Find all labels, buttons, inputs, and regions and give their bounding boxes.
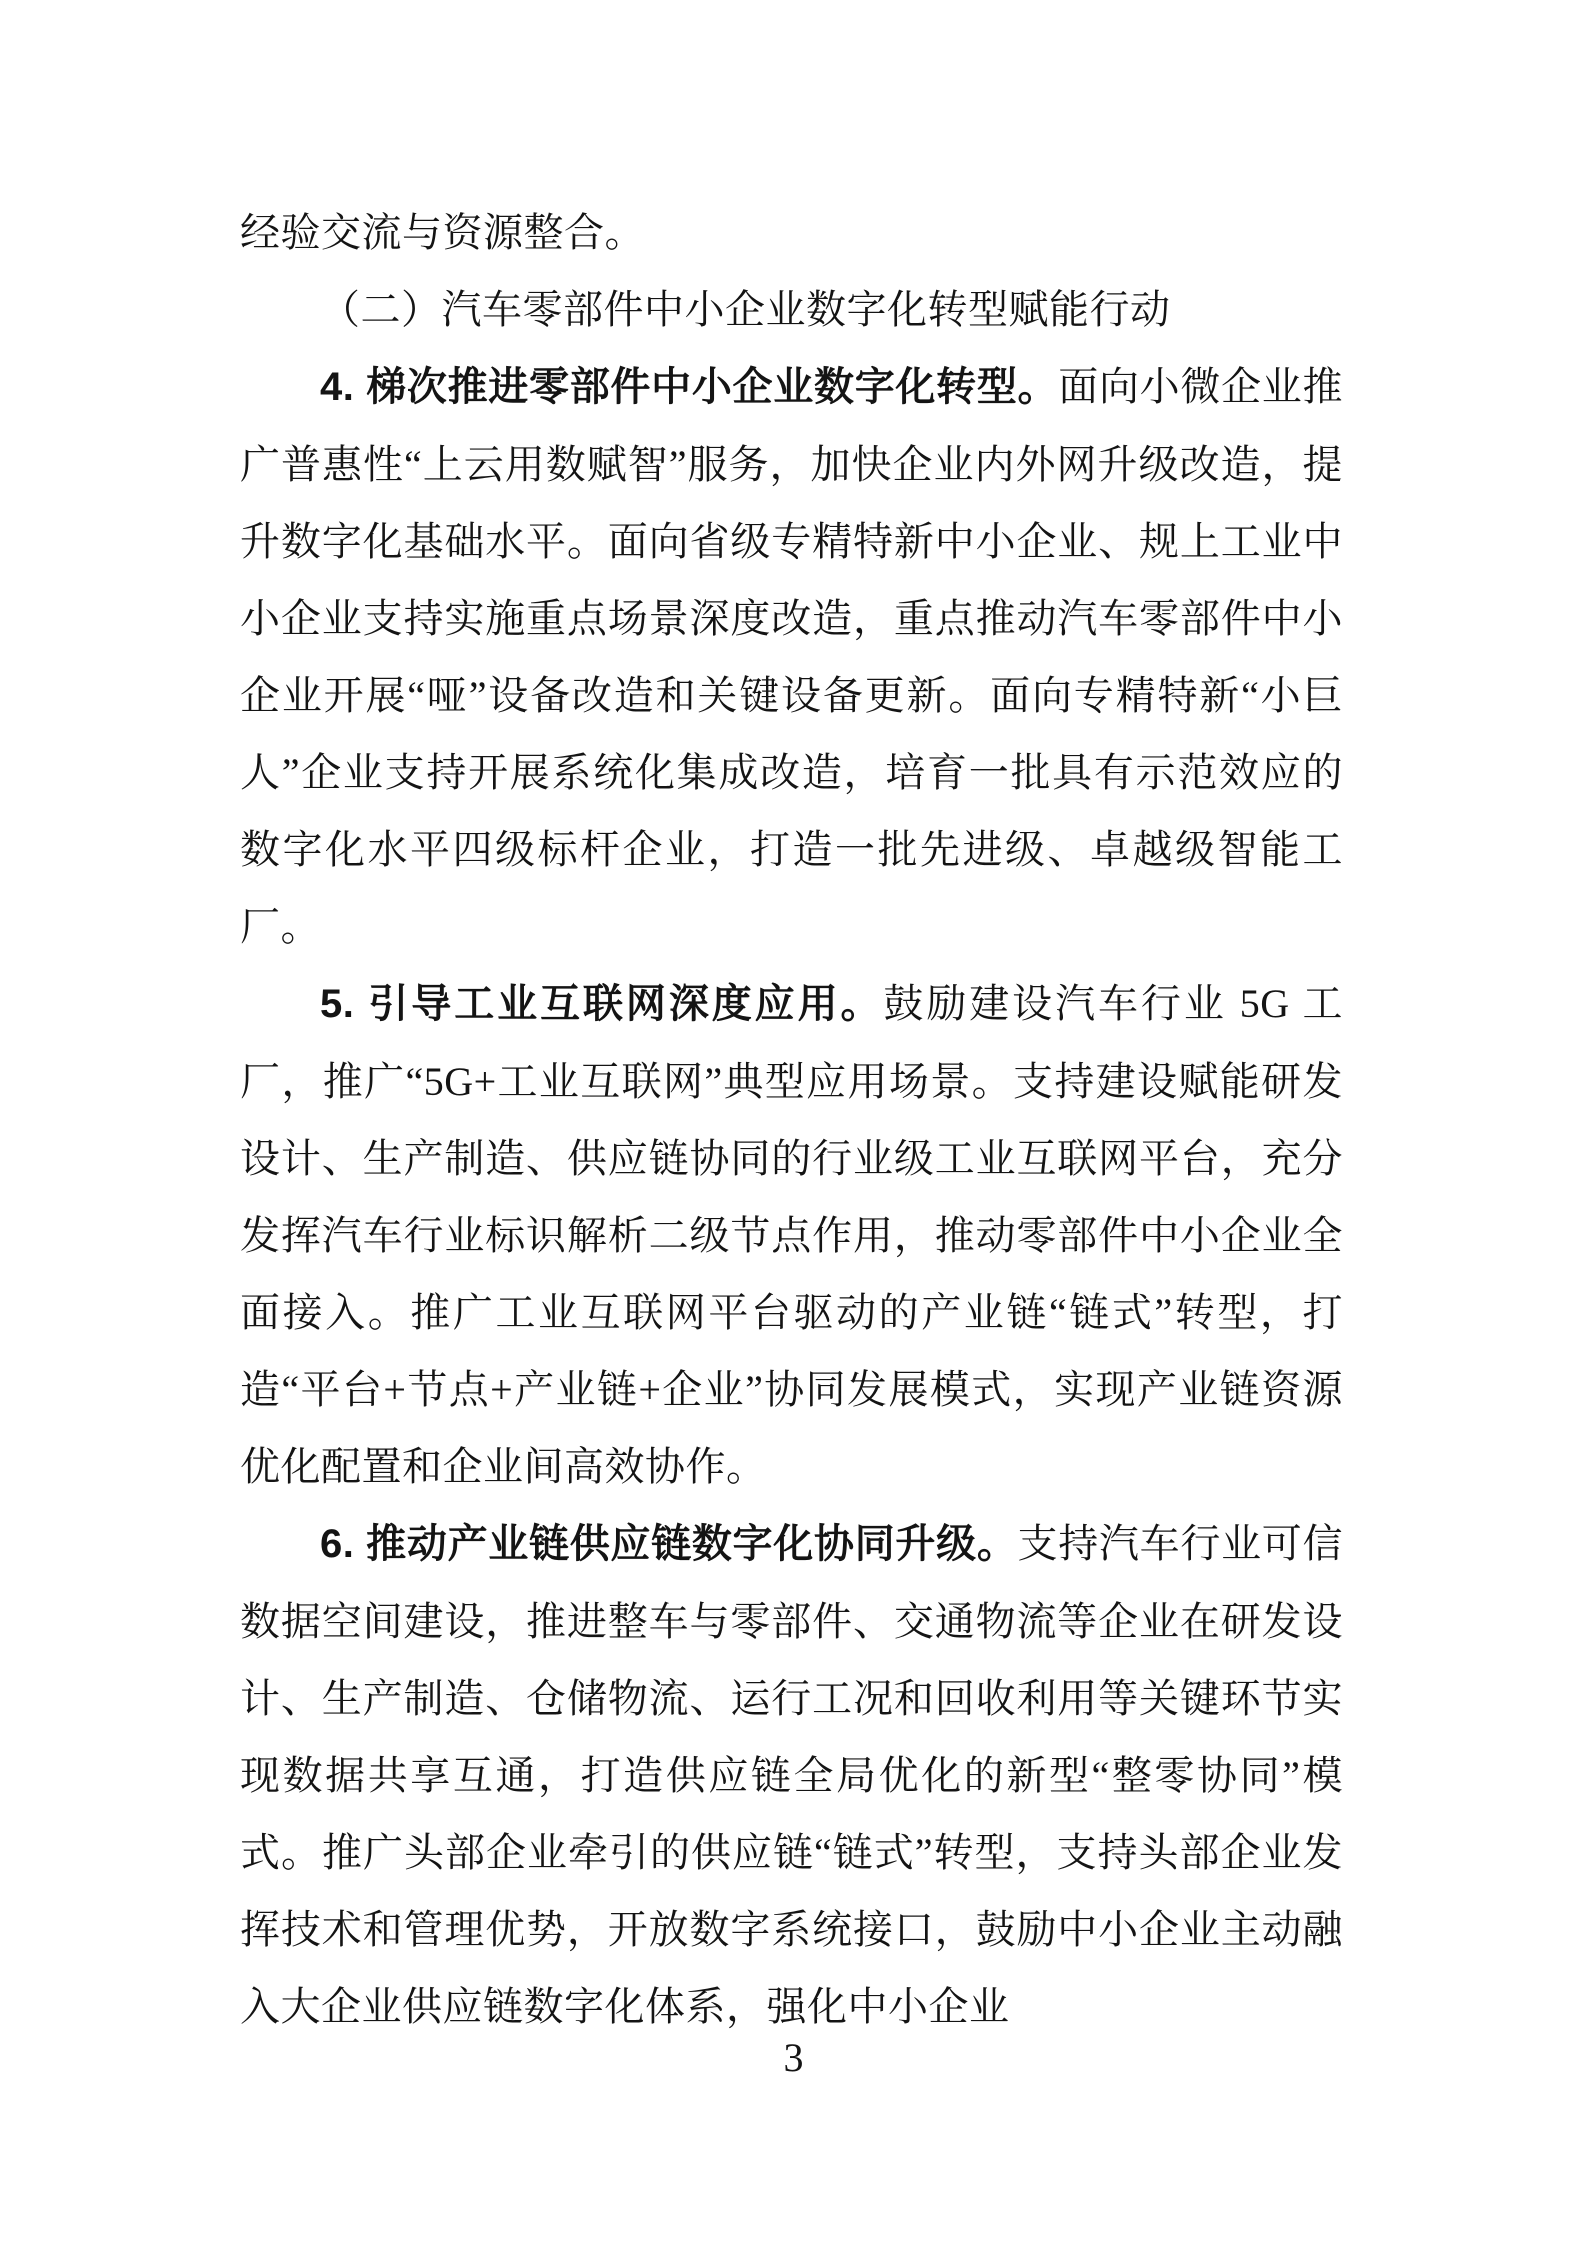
numbered-item-4-lead: 4. 梯次推进零部件中小企业数字化转型。 — [320, 365, 1058, 409]
numbered-item-4-text: 面向小微企业推广普惠性“上云用数赋智”服务，加快企业内外网升级改造，提升数字化基… — [240, 364, 1343, 949]
document-text-block: 经验交流与资源整合。 （二）汽车零部件中小企业数字化转型赋能行动 4. 梯次推进… — [240, 194, 1343, 2045]
paragraph-continuation: 经验交流与资源整合。 — [240, 194, 1343, 271]
paragraph-text: 经验交流与资源整合。 — [240, 210, 645, 255]
numbered-item-4: 4. 梯次推进零部件中小企业数字化转型。面向小微企业推广普惠性“上云用数赋智”服… — [240, 348, 1343, 965]
page-number: 3 — [0, 2034, 1587, 2082]
numbered-item-5: 5. 引导工业互联网深度应用。鼓励建设汽车行业 5G 工厂，推广“5G+工业互联… — [240, 965, 1343, 1505]
subsection-heading-text: （二）汽车零部件中小企业数字化转型赋能行动 — [320, 287, 1171, 332]
numbered-item-5-lead: 5. 引导工业互联网深度应用。 — [320, 982, 883, 1026]
numbered-item-6-text: 支持汽车行业可信数据空间建设，推进整车与零部件、交通物流等企业在研发设计、生产制… — [240, 1521, 1343, 2029]
numbered-item-6: 6. 推动产业链供应链数字化协同升级。支持汽车行业可信数据空间建设，推进整车与零… — [240, 1505, 1343, 2045]
document-page: 经验交流与资源整合。 （二）汽车零部件中小企业数字化转型赋能行动 4. 梯次推进… — [0, 0, 1587, 2245]
numbered-item-6-lead: 6. 推动产业链供应链数字化协同升级。 — [320, 1522, 1018, 1566]
subsection-heading: （二）汽车零部件中小企业数字化转型赋能行动 — [240, 271, 1343, 348]
numbered-item-5-text: 鼓励建设汽车行业 5G 工厂，推广“5G+工业互联网”典型应用场景。支持建设赋能… — [240, 981, 1343, 1489]
